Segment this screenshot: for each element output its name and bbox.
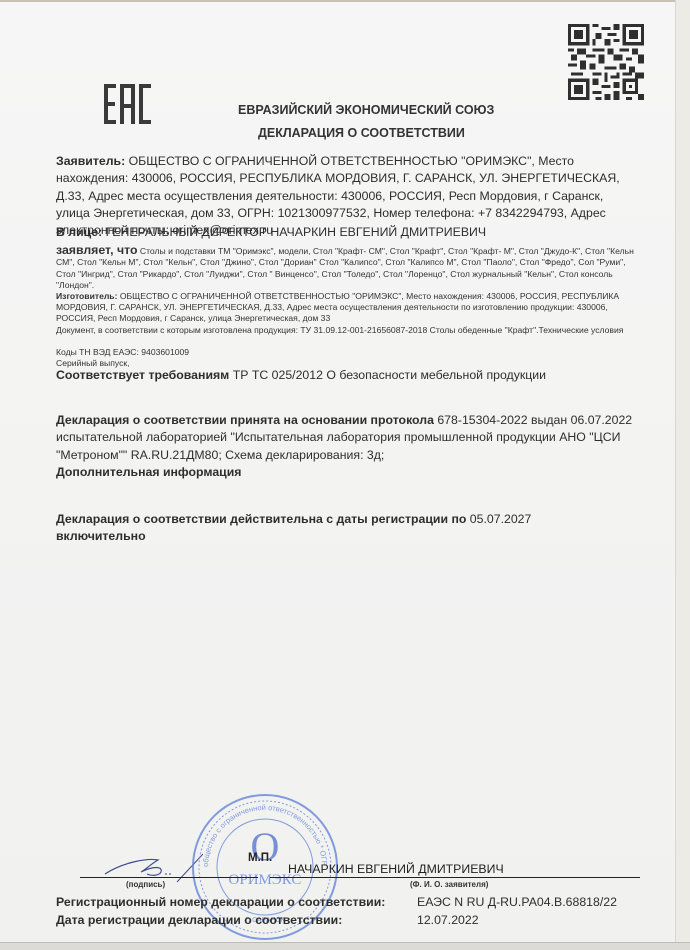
signature-caption: (подпись) [126,880,165,889]
manufacturer-text: ОБЩЕСТВО С ОГРАНИЧЕННОЙ ОТВЕТСТВЕННОСТЬЮ… [56,291,619,323]
scan-right-edge [675,0,690,950]
basis-section: Декларация о соответствии принята на осн… [56,412,638,464]
applicant-label: Заявитель: [56,154,125,168]
manufacturing-document: Документ, в соответствии с которым изгот… [56,325,638,336]
registration-number: ЕАЭС N RU Д-RU.РА04.В.68818/22 [417,895,617,909]
compliance-label: Соответствует требованиям [56,368,229,382]
registration-number-label: Регистрационный номер декларации о соотв… [56,895,385,909]
eac-logo-icon [104,84,152,124]
customs-codes: Коды ТН ВЭД ЕАЭС: 9403601009 [56,347,638,358]
products-list: Столы и подставки ТМ "Оримэкс", модели, … [56,246,634,290]
signatory-name: НАЧАРКИН ЕВГЕНИЙ ДМИТРИЕВИЧ [288,862,504,876]
validity-label: Декларация о соответствии действительна … [56,512,466,526]
compliance-text: ТР ТС 025/2012 О безопасности мебельной … [229,368,546,382]
declares-label: заявляет, что [56,243,137,257]
represented-section: В лице: ГЕНЕРАЛЬНЫЙ ДИРЕКТОР НАЧАРКИН ЕВ… [56,224,638,241]
validity-date: 05.07.2027 [466,512,531,526]
union-title: ЕВРАЗИЙСКИЙ ЭКОНОМИЧЕСКИЙ СОЮЗ [238,103,494,117]
signature-line [80,877,258,878]
basis-label: Декларация о соответствии принята на осн… [56,413,434,427]
document-title: ДЕКЛАРАЦИЯ О СООТВЕТСТВИИ [258,126,465,140]
stamp-place-label: М.П. [248,852,272,864]
validity-section: Декларация о соответствии действительна … [56,511,638,546]
manufacturer-label: Изготовитель: [56,291,117,301]
scan-bottom-edge [0,942,690,950]
registration-date: 12.07.2022 [417,913,479,927]
manufacturer-section: Изготовитель: ОБЩЕСТВО С ОГРАНИЧЕННОЙ ОТ… [56,291,638,325]
compliance-section: Соответствует требованиям ТР ТС 025/2012… [56,367,638,384]
registration-date-label: Дата регистрации декларации о соответств… [56,913,342,927]
additional-info-label: Дополнительная информация [56,464,638,481]
represented-label: В лице: [56,225,102,239]
validity-label-2: включительно [56,529,146,543]
qr-code-icon[interactable] [568,24,644,100]
name-caption: (Ф. И. О. заявителя) [410,880,488,889]
declares-section: заявляет, что Столы и подставки ТМ "Орим… [56,245,638,292]
name-line [270,877,640,878]
represented-text: ГЕНЕРАЛЬНЫЙ ДИРЕКТОР НАЧАРКИН ЕВГЕНИЙ ДМ… [102,225,486,239]
signature-icon [103,844,203,884]
document-page: ЕВРАЗИЙСКИЙ ЭКОНОМИЧЕСКИЙ СОЮЗ ДЕКЛАРАЦИ… [0,2,675,942]
